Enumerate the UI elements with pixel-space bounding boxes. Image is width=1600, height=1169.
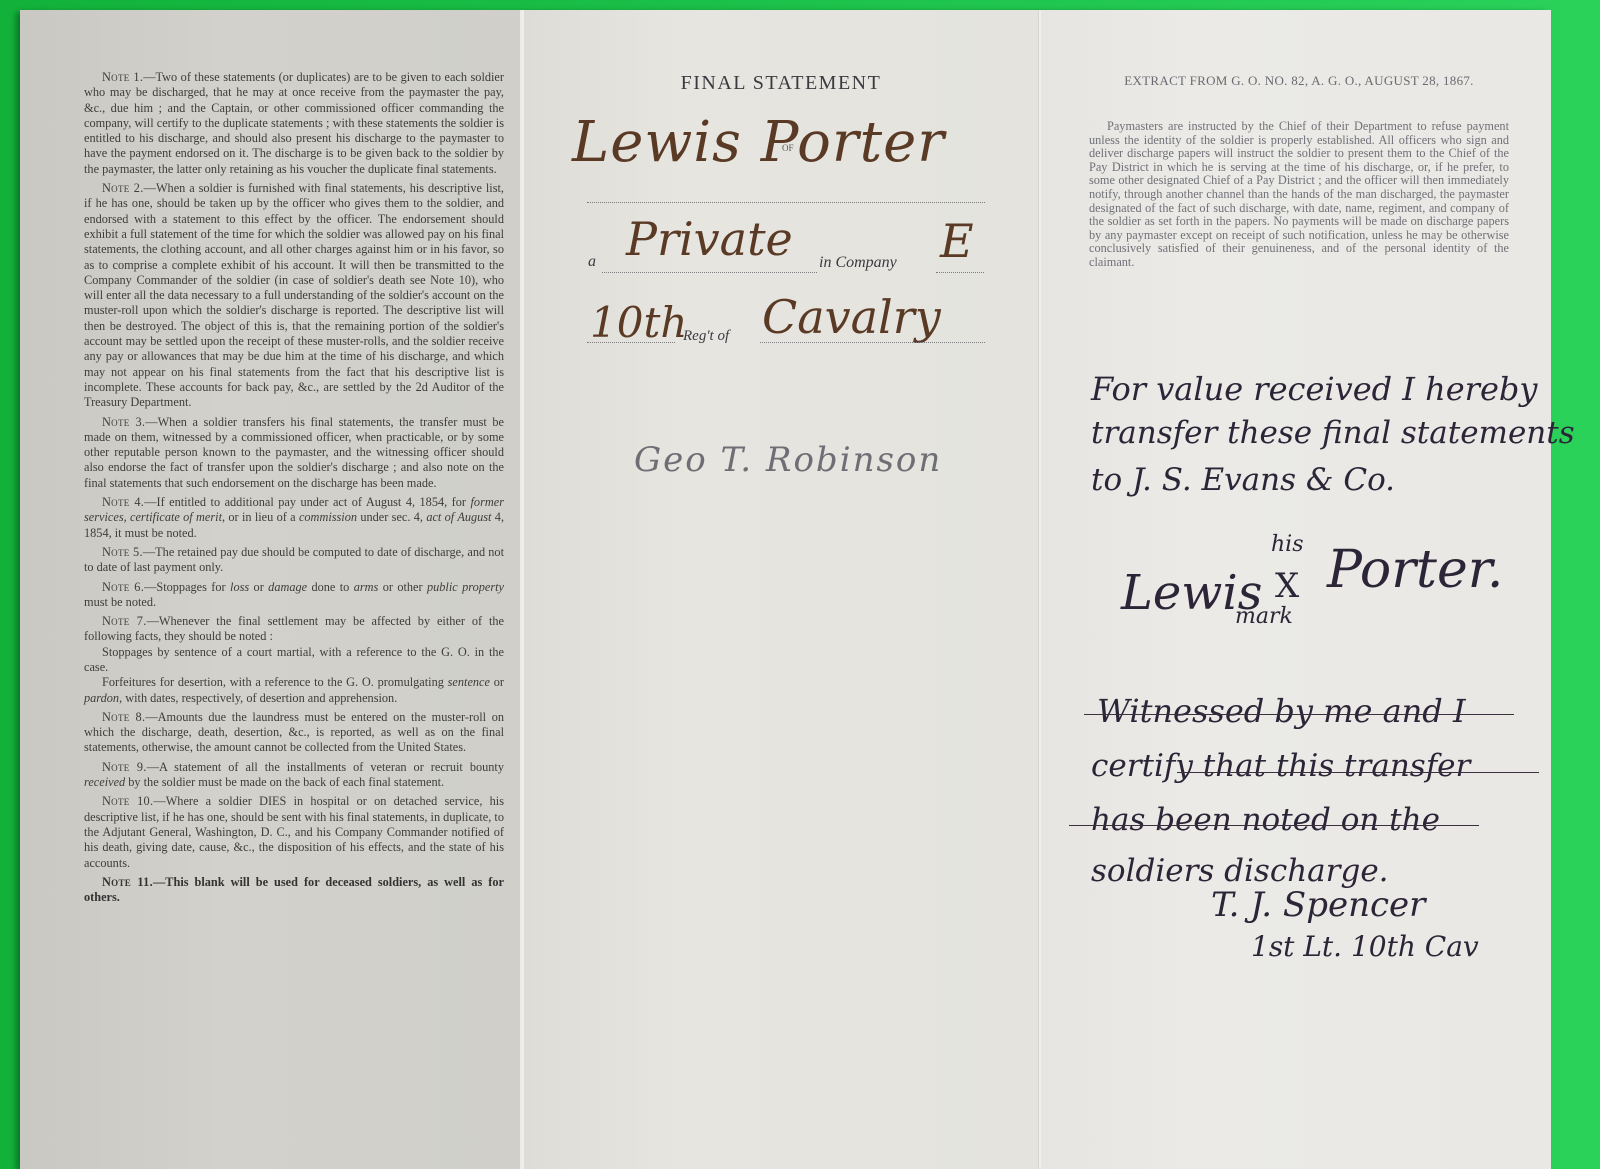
in-company-label: in Company	[819, 254, 897, 272]
note-10: Note 10.—Where a soldier DIES in hospita…	[84, 794, 504, 870]
his-label: his	[1271, 532, 1304, 557]
a-label: a	[588, 253, 596, 271]
soldier-first-name: Lewis Porter	[572, 110, 945, 175]
regiment-number: 10th	[590, 298, 687, 347]
company-value: E	[940, 214, 974, 268]
transfer-line-2: transfer these final statements	[1091, 415, 1575, 451]
strike-stroke	[1069, 825, 1479, 826]
officer-signature: T. J. Spencer	[1211, 885, 1425, 925]
witness-line-2: certify that this transfer	[1091, 748, 1470, 784]
extract-panel: EXTRACT FROM G. O. NO. 82, A. G. O., AUG…	[1038, 10, 1551, 1169]
transfer-line-1: For value received I hereby	[1091, 370, 1537, 408]
rank-value: Private	[626, 212, 793, 266]
rank-dotted-line	[602, 272, 817, 273]
final-statement-document: Note 1.—Two of these statements (or dupl…	[20, 10, 1550, 1169]
strike-stroke	[1177, 772, 1539, 773]
officer-title: 1st Lt. 10th Cav	[1251, 930, 1479, 963]
extract-title: EXTRACT FROM G. O. NO. 82, A. G. O., AUG…	[1089, 74, 1509, 88]
witness-line-1: Witnessed by me and I	[1097, 692, 1466, 730]
note-5: Note 5.—The retained pay due should be c…	[84, 545, 504, 576]
mark-label: mark	[1235, 604, 1293, 629]
mark-last-name: Porter.	[1327, 540, 1503, 600]
note-7-sub-1: Stoppages by sentence of a court martial…	[84, 645, 504, 676]
pencil-signature: Geo T. Robinson	[634, 440, 942, 480]
note-7-sub-2: Forfeitures for desertion, with a refere…	[84, 675, 504, 706]
transfer-line-3: to J. S. Evans & Co.	[1091, 462, 1395, 498]
note-7: Note 7.—Whenever the final settlement ma…	[84, 614, 504, 645]
note-4: Note 4.—If entitled to additional pay un…	[84, 495, 504, 541]
notes-list: Note 1.—Two of these statements (or dupl…	[84, 70, 504, 909]
note-2: Note 2.—When a soldier is furnished with…	[84, 181, 504, 410]
note-1: Note 1.—Two of these statements (or dupl…	[84, 70, 504, 177]
regiment-branch: Cavalry	[762, 290, 941, 344]
note-3: Note 3.—When a soldier transfers his fin…	[84, 415, 504, 491]
form-panel: FINAL STATEMENT Lewis Porter OF a Privat…	[520, 10, 1040, 1169]
witness-line-3: has been noted on the	[1091, 802, 1440, 838]
note-8: Note 8.—Amounts due the laundress must b…	[84, 710, 504, 756]
of-label: OF	[782, 143, 794, 153]
form-title: FINAL STATEMENT	[522, 72, 1040, 95]
note-9: Note 9.—A statement of all the installme…	[84, 760, 504, 791]
extract-body: Paymasters are instructed by the Chief o…	[1089, 120, 1509, 270]
regt-of-label: Reg't of	[683, 328, 729, 345]
note-11: Note 11.—This blank will be used for dec…	[84, 875, 504, 906]
mark-x: X	[1275, 566, 1299, 606]
note-6: Note 6.—Stoppages for loss or damage don…	[84, 580, 504, 611]
notes-panel: Note 1.—Two of these statements (or dupl…	[20, 10, 520, 1169]
regiment-branch-dotted-line	[760, 342, 985, 343]
regiment-number-dotted-line	[587, 342, 675, 343]
fold-line	[1039, 10, 1041, 1169]
underline-stroke	[1084, 714, 1514, 715]
company-dotted-line	[936, 272, 984, 273]
name-dotted-line	[587, 202, 985, 203]
fold-line	[522, 10, 524, 1169]
witness-line-4: soldiers discharge.	[1091, 853, 1389, 889]
